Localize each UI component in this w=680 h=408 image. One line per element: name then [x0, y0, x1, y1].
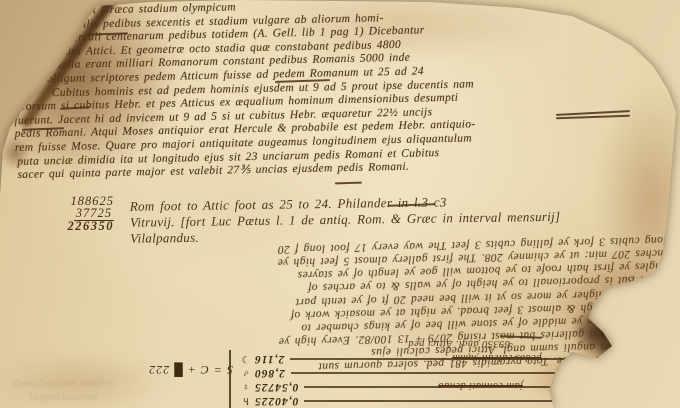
table-row: 0,40225♄ — [238, 394, 658, 408]
row-value: 2,116 — [254, 353, 284, 365]
row-value: 2,860 — [254, 367, 285, 379]
row-symbol: ♀ — [238, 382, 254, 393]
manuscript-photo: vant Græca stadium olympicumHerculis ped… — [0, 0, 680, 408]
inverted-figure: 69350 angl. Attici ped — [408, 338, 510, 349]
row-symbol: ♄ — [238, 396, 254, 407]
manuscript-paper: vant Græca stadium olympicumHerculis ped… — [0, 0, 680, 408]
table-row: 2,116☽ — [238, 352, 658, 366]
margin-note: Jam — [1, 87, 18, 99]
margin-note: A — [2, 100, 7, 109]
row-rule-line — [291, 372, 652, 374]
table-row: 2,860♂ — [238, 366, 658, 380]
inverted-struck-words: jam connati denuo — [438, 380, 523, 391]
row-symbol: ☽ — [238, 354, 254, 365]
ink-bleedthrough: pedum veterum — [30, 391, 98, 404]
row-value: 0,54725 — [254, 381, 298, 393]
row-value: 0,40225 — [254, 395, 298, 407]
inverted-equation: 5 = C + █ 222 — [141, 362, 233, 377]
row-rule-line — [304, 400, 652, 402]
latin-notes-block: vant Græca stadium olympicumHerculis ped… — [12, 0, 664, 183]
row-symbol: ♂ — [238, 368, 254, 379]
inverted-struck-words: pedes calculi summ — [452, 352, 541, 363]
addition-sum: 188625 37725 226350 — [48, 196, 114, 233]
ink-strikethrough-mark — [335, 182, 362, 185]
sum-total: 226350 — [48, 221, 114, 233]
vertical-rule — [229, 350, 231, 408]
ink-bleedthrough: quam plurima vestigia — [14, 377, 113, 391]
paper-shadow-wrap: vant Græca stadium olympicumHerculis ped… — [0, 0, 680, 408]
